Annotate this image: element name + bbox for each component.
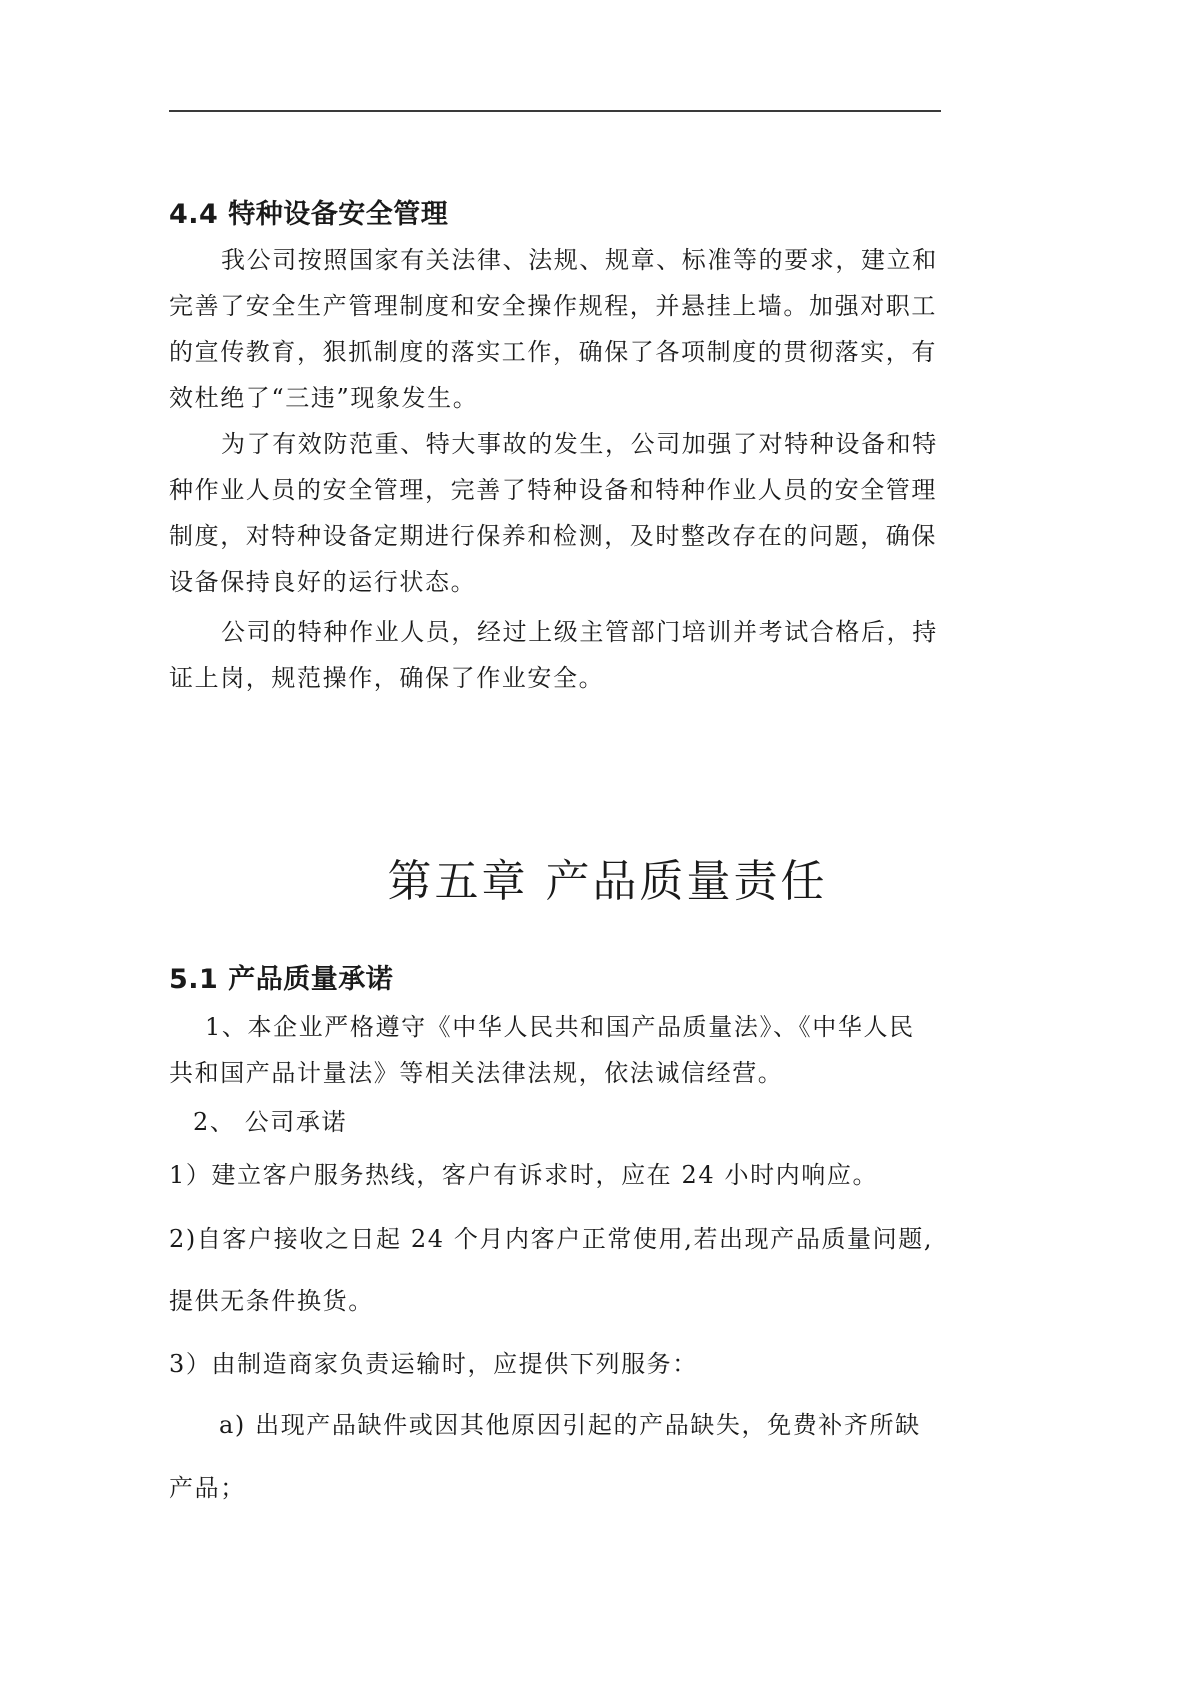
chapter-title: 第五章 产品质量责任	[0, 845, 1199, 909]
paragraph-line: 种作业人员的安全管理，完善了特种设备和特种作业人员的安全管理	[169, 470, 937, 505]
sub-item-a-cont: 产品；	[169, 1468, 246, 1503]
commitment-line: 提供无条件换货。	[169, 1281, 374, 1316]
commitment-item-1: 1、本企业严格遵守《中华人民共和国产品质量法》、《中华人民	[205, 1007, 915, 1042]
commitment-line: 3）由制造商家负责运输时，应提供下列服务：	[169, 1344, 698, 1379]
commitment-line: 1）建立客户服务热线，客户有诉求时，应在 24 小时内响应。	[169, 1155, 878, 1190]
paragraph-line: 设备保持良好的运行状态。	[169, 562, 476, 597]
paragraph-line: 效杜绝了“三违”现象发生。	[169, 378, 478, 413]
paragraph-line: 为了有效防范重、特大事故的发生，公司加强了对特种设备和特	[221, 424, 938, 459]
commitment-line: 2)自客户接收之日起 24 个月内客户正常使用,若出现产品质量问题,	[169, 1219, 933, 1254]
paragraph-line: 制度，对特种设备定期进行保养和检测，及时整改存在的问题，确保	[169, 516, 937, 551]
section-heading-4-4: 4.4 特种设备安全管理	[169, 192, 448, 231]
paragraph-line: 公司的特种作业人员，经过上级主管部门培训并考试合格后，持	[221, 612, 938, 647]
header-rule	[169, 110, 941, 112]
paragraph-line: 我公司按照国家有关法律、法规、规章、标准等的要求，建立和	[221, 240, 938, 275]
paragraph-line: 的宣传教育，狠抓制度的落实工作，确保了各项制度的贯彻落实，有	[169, 332, 937, 367]
paragraph-line: 证上岗，规范操作，确保了作业安全。	[169, 658, 604, 693]
sub-item-a: a) 出现产品缺件或因其他原因引起的产品缺失，免费补齐所缺	[219, 1405, 921, 1440]
section-heading-5-1: 5.1 产品质量承诺	[169, 957, 393, 996]
commitment-item-1-cont: 共和国产品计量法》等相关法律法规，依法诚信经营。	[169, 1053, 783, 1088]
paragraph-line: 完善了安全生产管理制度和安全操作规程，并悬挂上墙。加强对职工	[169, 286, 937, 321]
commitment-item-2: 2、 公司承诺	[193, 1102, 347, 1137]
